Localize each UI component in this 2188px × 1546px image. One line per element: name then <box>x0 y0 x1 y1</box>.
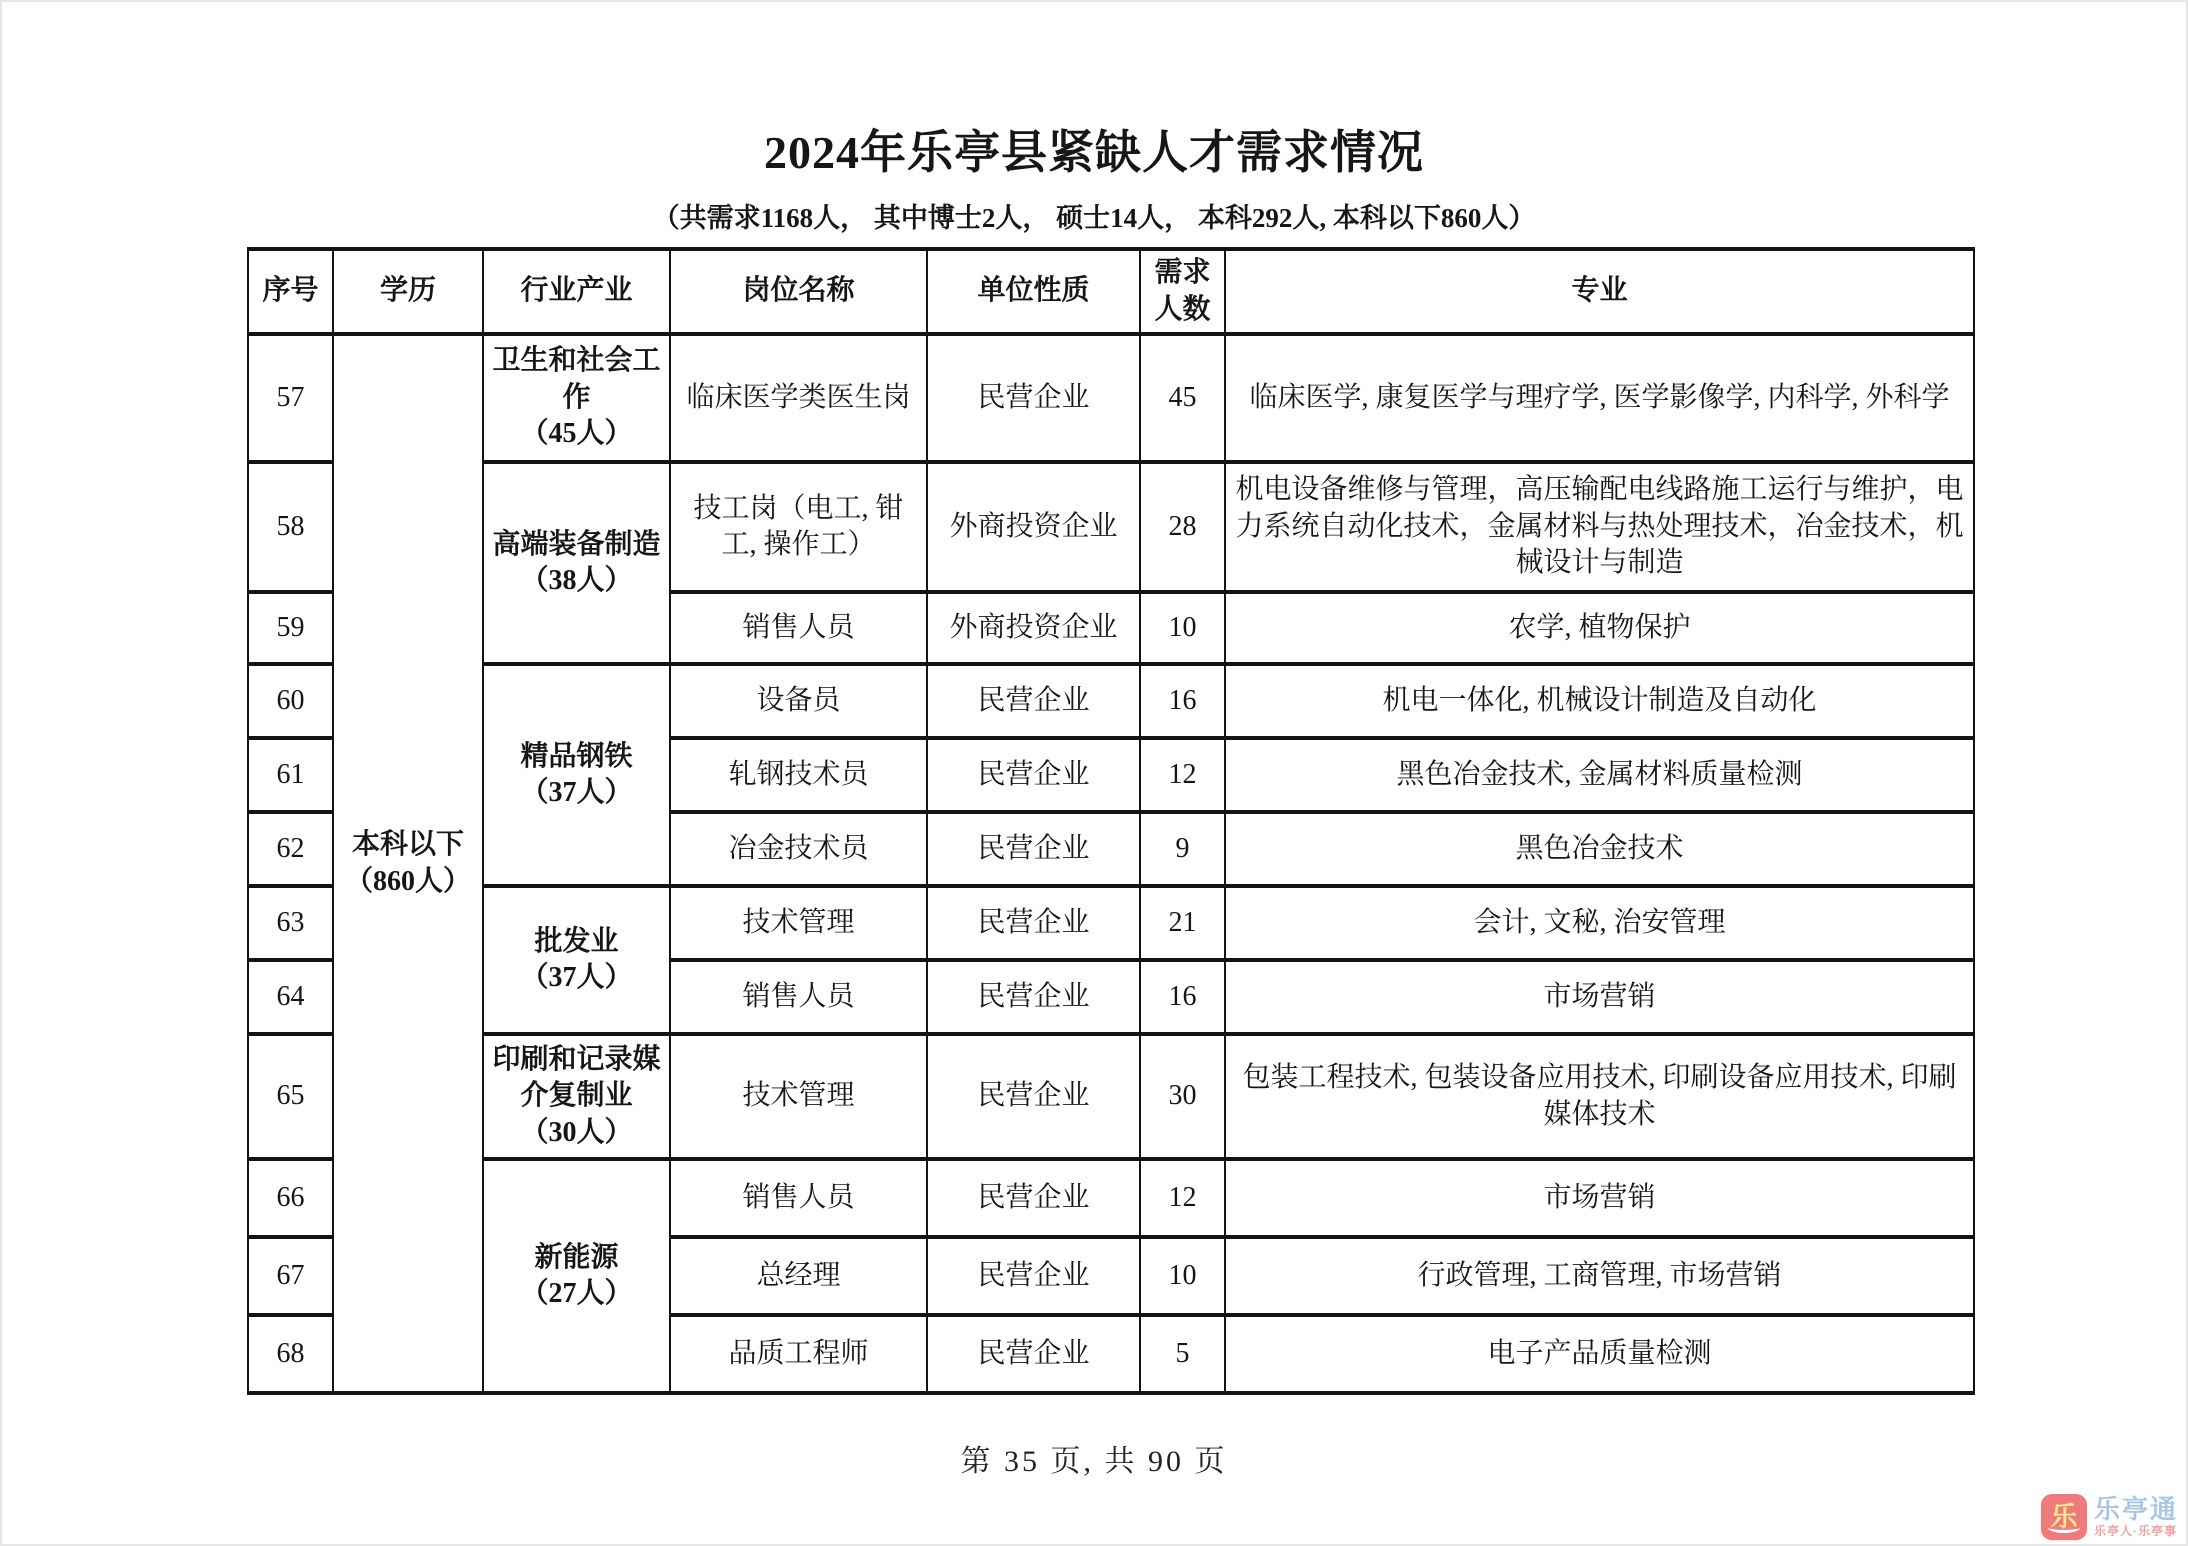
demand-count-cell: 16 <box>1140 664 1225 738</box>
demand-count-cell: 28 <box>1140 462 1225 592</box>
row-number-cell: 68 <box>248 1315 333 1393</box>
demand-count-cell: 10 <box>1140 592 1225 664</box>
unit-type-cell: 外商投资企业 <box>927 592 1140 664</box>
unit-type-cell: 民营企业 <box>927 1034 1140 1159</box>
group-count: （860人） <box>345 866 471 897</box>
majors-cell: 机电设备维修与管理，高压输配电线路施工运行与维护，电力系统自动化技术，金属材料与… <box>1225 462 1974 592</box>
row-number-cell: 58 <box>248 462 333 592</box>
majors-cell: 会计, 文秘, 治安管理 <box>1225 886 1974 960</box>
group-name: 本科以下 <box>352 829 464 860</box>
position-cell: 轧钢技术员 <box>670 738 927 812</box>
page-footer: 第 35 页, 共 90 页 <box>2 1436 2186 1480</box>
position-cell: 销售人员 <box>670 1159 927 1237</box>
row-number-cell: 64 <box>248 960 333 1034</box>
majors-cell: 市场营销 <box>1225 1159 1974 1237</box>
majors-cell: 行政管理, 工商管理, 市场营销 <box>1225 1237 1974 1315</box>
demand-count-cell: 16 <box>1140 960 1225 1034</box>
unit-type-cell: 外商投资企业 <box>927 462 1140 592</box>
group-name: 印刷和记录媒介复制业 <box>492 1044 660 1111</box>
column-header: 专业 <box>1225 249 1974 334</box>
row-number-cell: 62 <box>248 812 333 886</box>
industry-cell: 批发业（37人） <box>483 886 670 1034</box>
unit-type-cell: 民营企业 <box>927 1315 1140 1393</box>
demand-count-cell: 10 <box>1140 1237 1225 1315</box>
table-row: 63批发业（37人）技术管理民营企业21会计, 文秘, 治安管理 <box>248 886 1974 960</box>
page-subtitle: （共需求1168人， 其中博士2人， 硕士14人， 本科292人, 本科以下86… <box>2 196 2186 235</box>
industry-cell: 精品钢铁（37人） <box>483 664 670 886</box>
industry-cell: 新能源（27人） <box>483 1159 670 1393</box>
table-header: 序号学历行业产业岗位名称单位性质需求人数专业 <box>248 249 1974 334</box>
industry-cell: 高端装备制造（38人） <box>483 462 670 664</box>
page-title: 2024年乐亭县紧缺人才需求情况 <box>2 116 2186 182</box>
position-cell: 临床医学类医生岗 <box>670 334 927 462</box>
table-row: 58高端装备制造（38人）技工岗（电工, 钳工, 操作工）外商投资企业28机电设… <box>248 462 1974 592</box>
group-count: （27人） <box>520 1278 632 1309</box>
group-name: 精品钢铁 <box>520 741 632 772</box>
document-page: 2024年乐亭县紧缺人才需求情况 （共需求1168人， 其中博士2人， 硕士14… <box>0 0 2188 1546</box>
majors-cell: 临床医学, 康复医学与理疗学, 医学影像学, 内科学, 外科学 <box>1225 334 1974 462</box>
demand-count-cell: 9 <box>1140 812 1225 886</box>
demand-count-cell: 12 <box>1140 738 1225 812</box>
letingtong-app-icon: 乐 <box>2041 1494 2087 1540</box>
industry-cell: 印刷和记录媒介复制业（30人） <box>483 1034 670 1159</box>
majors-cell: 电子产品质量检测 <box>1225 1315 1974 1393</box>
demand-count-cell: 21 <box>1140 886 1225 960</box>
letingtong-watermark: 乐 乐亭通 乐亭人·乐亭事 <box>2041 1494 2178 1540</box>
industry-cell: 卫生和社会工作（45人） <box>483 334 670 462</box>
group-name: 新能源 <box>534 1242 618 1273</box>
table-row: 65印刷和记录媒介复制业（30人）技术管理民营企业30包装工程技术, 包装设备应… <box>248 1034 1974 1159</box>
talent-demand-table: 序号学历行业产业岗位名称单位性质需求人数专业 57本科以下（860人）卫生和社会… <box>247 247 1975 1395</box>
position-cell: 技术管理 <box>670 886 927 960</box>
demand-count-cell: 5 <box>1140 1315 1225 1393</box>
group-name: 高端装备制造 <box>492 529 660 560</box>
column-header: 序号 <box>248 249 333 334</box>
unit-type-cell: 民营企业 <box>927 738 1140 812</box>
group-name: 卫生和社会工作 <box>492 345 660 412</box>
unit-type-cell: 民营企业 <box>927 1159 1140 1237</box>
position-cell: 设备员 <box>670 664 927 738</box>
column-header: 学历 <box>333 249 483 334</box>
demand-count-cell: 30 <box>1140 1034 1225 1159</box>
watermark-title: 乐亭通 <box>2094 1496 2178 1523</box>
row-number-cell: 67 <box>248 1237 333 1315</box>
row-number-cell: 63 <box>248 886 333 960</box>
demand-count-cell: 12 <box>1140 1159 1225 1237</box>
majors-cell: 机电一体化, 机械设计制造及自动化 <box>1225 664 1974 738</box>
unit-type-cell: 民营企业 <box>927 664 1140 738</box>
row-number-cell: 59 <box>248 592 333 664</box>
unit-type-cell: 民营企业 <box>927 334 1140 462</box>
majors-cell: 包装工程技术, 包装设备应用技术, 印刷设备应用技术, 印刷媒体技术 <box>1225 1034 1974 1159</box>
watermark-subtitle: 乐亭人·乐亭事 <box>2094 1525 2178 1538</box>
group-count: （38人） <box>520 565 632 596</box>
position-cell: 冶金技术员 <box>670 812 927 886</box>
education-cell: 本科以下（860人） <box>333 334 483 1393</box>
column-header: 单位性质 <box>927 249 1140 334</box>
header-row: 序号学历行业产业岗位名称单位性质需求人数专业 <box>248 249 1974 334</box>
demand-count-cell: 45 <box>1140 334 1225 462</box>
row-number-cell: 61 <box>248 738 333 812</box>
group-count: （30人） <box>520 1117 632 1148</box>
unit-type-cell: 民营企业 <box>927 1237 1140 1315</box>
position-cell: 总经理 <box>670 1237 927 1315</box>
group-count: （37人） <box>520 962 632 993</box>
table-row: 66新能源（27人）销售人员民营企业12市场营销 <box>248 1159 1974 1237</box>
group-count: （45人） <box>520 418 632 449</box>
position-cell: 销售人员 <box>670 960 927 1034</box>
position-cell: 技工岗（电工, 钳工, 操作工） <box>670 462 927 592</box>
position-cell: 销售人员 <box>670 592 927 664</box>
unit-type-cell: 民营企业 <box>927 886 1140 960</box>
group-count: （37人） <box>520 777 632 808</box>
unit-type-cell: 民营企业 <box>927 960 1140 1034</box>
group-name: 批发业 <box>534 926 618 957</box>
row-number-cell: 60 <box>248 664 333 738</box>
unit-type-cell: 民营企业 <box>927 812 1140 886</box>
row-number-cell: 57 <box>248 334 333 462</box>
table-body: 57本科以下（860人）卫生和社会工作（45人）临床医学类医生岗民营企业45临床… <box>248 334 1974 1393</box>
position-cell: 技术管理 <box>670 1034 927 1159</box>
table-row: 60精品钢铁（37人）设备员民营企业16机电一体化, 机械设计制造及自动化 <box>248 664 1974 738</box>
row-number-cell: 66 <box>248 1159 333 1237</box>
table-row: 57本科以下（860人）卫生和社会工作（45人）临床医学类医生岗民营企业45临床… <box>248 334 1974 462</box>
row-number-cell: 65 <box>248 1034 333 1159</box>
column-header: 行业产业 <box>483 249 670 334</box>
majors-cell: 黑色冶金技术, 金属材料质量检测 <box>1225 738 1974 812</box>
majors-cell: 市场营销 <box>1225 960 1974 1034</box>
majors-cell: 黑色冶金技术 <box>1225 812 1974 886</box>
column-header: 岗位名称 <box>670 249 927 334</box>
majors-cell: 农学, 植物保护 <box>1225 592 1974 664</box>
position-cell: 品质工程师 <box>670 1315 927 1393</box>
column-header: 需求人数 <box>1140 249 1225 334</box>
